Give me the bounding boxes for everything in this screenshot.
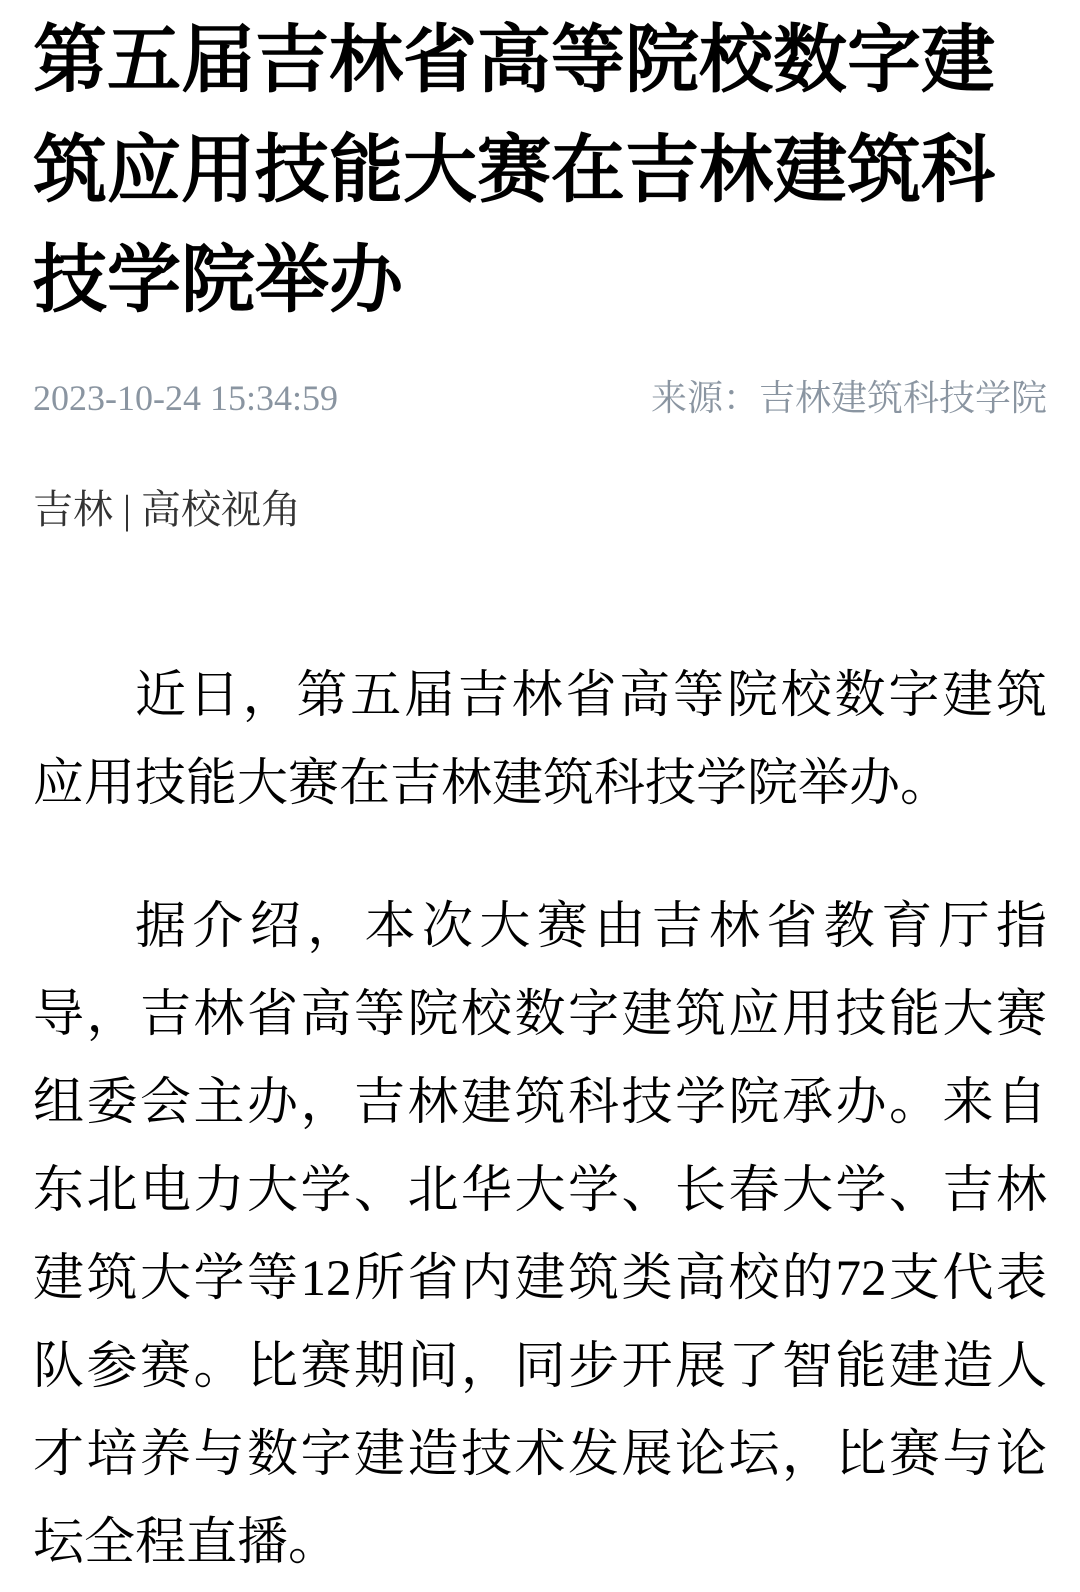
article-page: 第五届吉林省高等院校数字建筑应用技能大赛在吉林建筑科技学院举办 2023-10-…: [0, 0, 1080, 1592]
article-source: 来源：吉林建筑科技学院: [651, 374, 1047, 422]
publish-datetime: 2023-10-24 15:34:59: [33, 374, 338, 422]
category-breadcrumb: 吉林 | 高校视角: [33, 482, 1047, 538]
article-title: 第五届吉林省高等院校数字建筑应用技能大赛在吉林建筑科技学院举办: [33, 6, 1047, 336]
article-paragraph: 近日，第五届吉林省高等院校数字建筑应用技能大赛在吉林建筑科技学院举办。: [33, 652, 1047, 828]
article-meta: 2023-10-24 15:34:59 来源：吉林建筑科技学院: [33, 374, 1047, 422]
article-paragraph: 据介绍，本次大赛由吉林省教育厅指导，吉林省高等院校数字建筑应用技能大赛组委会主办…: [33, 883, 1047, 1587]
article-body: 近日，第五届吉林省高等院校数字建筑应用技能大赛在吉林建筑科技学院举办。 据介绍，…: [33, 652, 1047, 1587]
